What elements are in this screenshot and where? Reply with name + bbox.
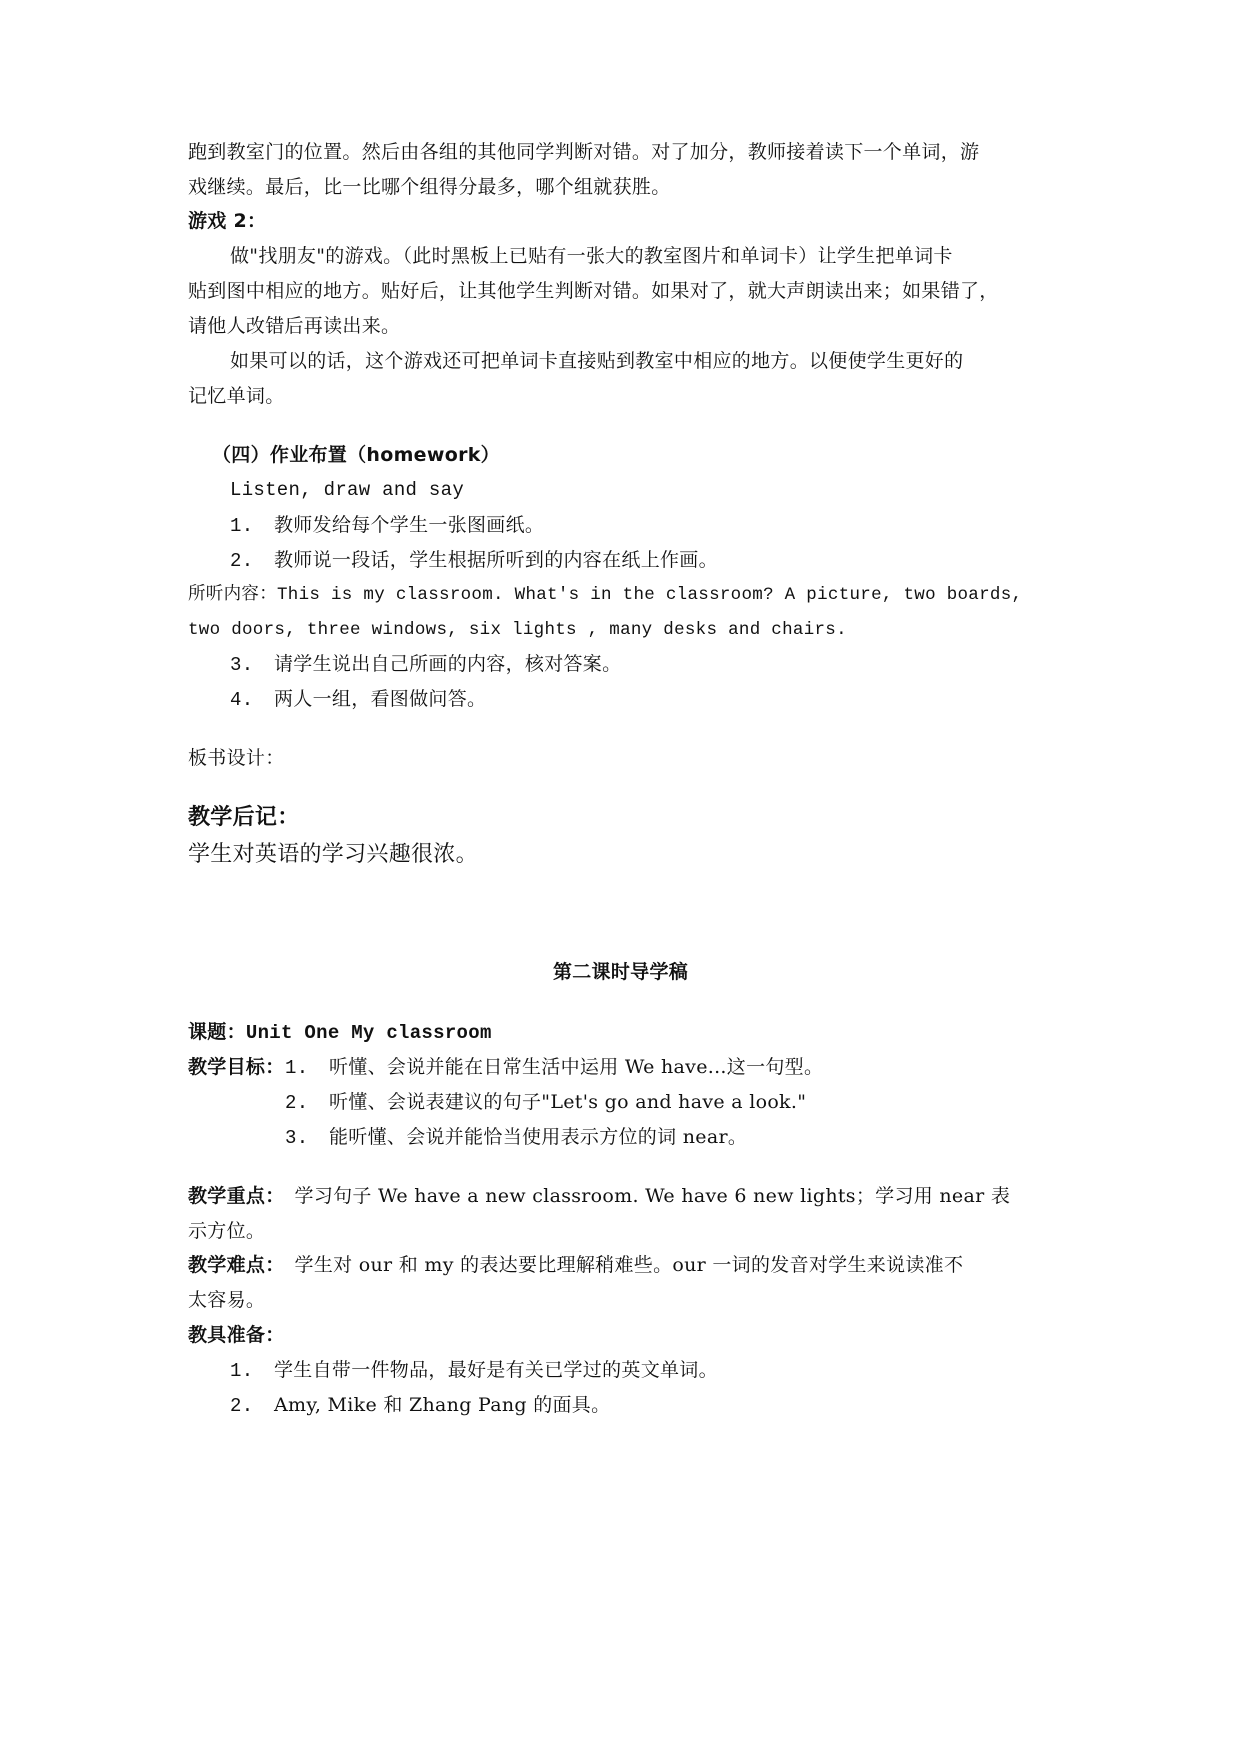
difficulties-text-cont: 太容易。 xyxy=(188,1288,265,1312)
game2-paragraph-line: 做"找朋友"的游戏。（此时黑板上已贴有一张大的教室图片和单词卡）让学生把单词卡 xyxy=(230,244,953,268)
reflection-text: 学生对英语的学习兴趣很浓。 xyxy=(188,841,478,869)
item-number: 1. xyxy=(230,1359,274,1383)
item-number: 4. xyxy=(230,688,274,712)
homework-item: 4.两人一组，看图做问答。 xyxy=(230,687,486,712)
listening-content-line: 所听内容：This is my classroom. What's in the… xyxy=(188,583,1022,607)
topic-line: 课题：Unit One My classroom xyxy=(188,1020,492,1045)
item-number: 3. xyxy=(285,1126,329,1150)
materials-label: 教具准备： xyxy=(188,1323,285,1347)
keypoints-label: 教学重点： xyxy=(188,1185,285,1207)
keypoints-text: 学习句子 We have a new classroom. We have 6 … xyxy=(295,1185,1011,1207)
item-text: 听懂、会说表建议的句子"Let's go and have a look." xyxy=(329,1091,806,1113)
reflection-heading: 教学后记： xyxy=(188,804,300,832)
game2-heading: 游戏 2： xyxy=(188,209,266,233)
objective-item: 1.听懂、会说并能在日常生活中运用 We have...这一句型。 xyxy=(285,1055,823,1080)
game2-paragraph-line: 贴到图中相应的地方。贴好后，让其他学生判断对错。如果对了，就大声朗读出来；如果错… xyxy=(188,279,999,303)
objectives-label: 教学目标： xyxy=(188,1055,285,1079)
item-text: 听懂、会说并能在日常生活中运用 We have...这一句型。 xyxy=(329,1056,823,1078)
item-text: Amy, Mike 和 Zhang Pang 的面具。 xyxy=(274,1394,610,1416)
item-text: 两人一组，看图做问答。 xyxy=(274,688,486,710)
difficulties-line: 教学难点：学生对 our 和 my 的表达要比理解稍难些。our 一词的发音对学… xyxy=(188,1253,963,1277)
homework-subtitle: Listen, draw and say xyxy=(230,478,464,502)
item-number: 2. xyxy=(230,549,274,573)
keypoints-text-cont: 示方位。 xyxy=(188,1219,265,1243)
homework-heading: （四）作业布置（homework） xyxy=(212,443,500,467)
game2-paragraph-line: 如果可以的话，这个游戏还可把单词卡直接贴到教室中相应的地方。以便使学生更好的 xyxy=(230,349,963,373)
document-page: 跑到教室门的位置。然后由各组的其他同学判断对错。对了加分，教师接着读下一个单词，… xyxy=(0,0,1241,1754)
keypoints-line: 教学重点：学习句子 We have a new classroom. We ha… xyxy=(188,1184,1010,1208)
topic-label: 课题： xyxy=(188,1021,246,1043)
topic-value: Unit One My classroom xyxy=(246,1022,492,1044)
homework-item: 1.教师发给每个学生一张图画纸。 xyxy=(230,513,544,538)
game2-paragraph-line: 记忆单词。 xyxy=(188,384,285,408)
item-number: 2. xyxy=(285,1091,329,1115)
homework-item: 3.请学生说出自己所画的内容，核对答案。 xyxy=(230,652,621,677)
item-number: 1. xyxy=(285,1056,329,1080)
item-number: 1. xyxy=(230,514,274,538)
listening-content-line: two doors, three windows, six lights , m… xyxy=(188,618,847,642)
game1-text-line: 跑到教室门的位置。然后由各组的其他同学判断对错。对了加分，教师接着读下一个单词，… xyxy=(188,140,979,164)
objective-item: 3.能听懂、会说并能恰当使用表示方位的词 near。 xyxy=(285,1125,747,1150)
lesson2-title: 第二课时导学稿 xyxy=(0,960,1241,984)
homework-item: 2.教师说一段话，学生根据所听到的内容在纸上作画。 xyxy=(230,548,718,573)
item-text: 教师说一段话，学生根据所听到的内容在纸上作画。 xyxy=(274,549,718,571)
item-text: 教师发给每个学生一张图画纸。 xyxy=(274,514,544,536)
difficulties-label: 教学难点： xyxy=(188,1254,285,1276)
materials-item: 1.学生自带一件物品，最好是有关已学过的英文单词。 xyxy=(230,1358,718,1383)
board-design-label: 板书设计： xyxy=(188,746,285,770)
item-text: 请学生说出自己所画的内容，核对答案。 xyxy=(274,653,621,675)
item-number: 3. xyxy=(230,653,274,677)
item-text: 学生自带一件物品，最好是有关已学过的英文单词。 xyxy=(274,1359,718,1381)
objective-item: 2.听懂、会说表建议的句子"Let's go and have a look." xyxy=(285,1090,806,1115)
materials-item: 2.Amy, Mike 和 Zhang Pang 的面具。 xyxy=(230,1393,610,1418)
item-text: 能听懂、会说并能恰当使用表示方位的词 near。 xyxy=(329,1126,747,1148)
game2-paragraph-line: 请他人改错后再读出来。 xyxy=(188,314,400,338)
item-number: 2. xyxy=(230,1394,274,1418)
game1-text-line: 戏继续。最后，比一比哪个组得分最多，哪个组就获胜。 xyxy=(188,175,671,199)
difficulties-text: 学生对 our 和 my 的表达要比理解稍难些。our 一词的发音对学生来说读准… xyxy=(295,1254,964,1276)
